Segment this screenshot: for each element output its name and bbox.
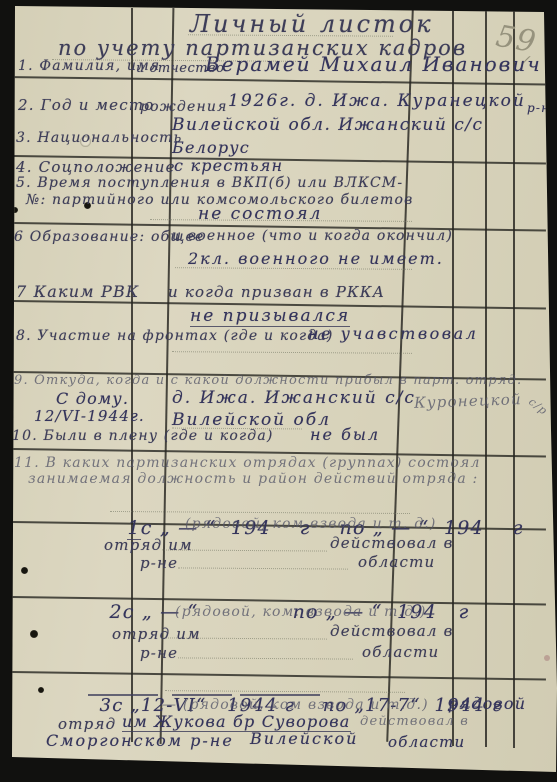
field1-value: Верамей Михаил Иванович xyxy=(205,52,542,76)
entry2-number: 2 xyxy=(109,601,122,623)
scanned-document: Личный листок по учету партизанских кадр… xyxy=(0,0,557,782)
field9-value-date: 12/VI-1944г. xyxy=(34,407,145,425)
field3-label: 3. Национальность xyxy=(16,130,182,146)
field2-value-line1: 1926г. д. Ижа. Куранецкой xyxy=(228,91,526,111)
field9-value-district2: с/р xyxy=(526,395,550,418)
writing-guide xyxy=(178,657,353,659)
entry2-otryad-label: отряд им xyxy=(112,625,201,643)
writing-guide xyxy=(178,567,348,569)
paper-sheet: Личный листок по учету партизанских кадр… xyxy=(0,0,557,782)
entry2-acted-label: действовал в xyxy=(330,622,454,640)
field7-label-cont: и когда призван в РККА xyxy=(168,283,385,301)
entry3-oblast-value2: области xyxy=(388,733,465,751)
entry3-acted-label: действовал в xyxy=(360,714,469,729)
field2-value-line2: Вилейской обл. Ижанский с/с xyxy=(172,115,484,135)
field9-value-district: Куронецкой xyxy=(414,390,522,412)
field2-value-line1b: р-н xyxy=(527,101,550,115)
entry3-rank-hint: — (рядовой, ком взвода и т.д.) xyxy=(162,697,429,713)
field11-label-line1: 11. В каких партизанских отрядах (группа… xyxy=(14,455,481,471)
field5-label-line1: 5. Время поступления в ВКП(б) или ВЛКСМ- xyxy=(16,175,403,191)
entry3-rayon-value: Сморгонском р-не xyxy=(46,731,234,750)
field5-value: не состоял xyxy=(198,204,322,224)
document-title-line1: Личный листок xyxy=(190,10,434,38)
entry3-number: 3 xyxy=(100,695,113,716)
field10-value: не был xyxy=(310,425,380,444)
writing-guide xyxy=(172,351,412,354)
field6-value: 2кл. военного не имеет. xyxy=(188,249,444,268)
field2-label: 2. Год и место xyxy=(18,96,155,114)
field9-value-place: д. Ижа. Ижанский с/с xyxy=(172,388,416,408)
entry2-oblast-label: области xyxy=(362,643,439,661)
entry3-oblast-value: Вилейской xyxy=(250,729,358,748)
entry1-otryad-label: отряд им xyxy=(104,536,193,554)
entry3-rank-value: рядовой xyxy=(448,694,526,713)
field9-value-oblast: Вилейской обл xyxy=(172,410,331,430)
field7-label: 7 Каким РВК xyxy=(16,282,140,301)
field10-label: 10. Были в плену (где и когда) xyxy=(12,428,274,444)
field9-label: 9. Откуда, когда и с какой должности при… xyxy=(14,373,522,388)
field8-value: не учавствовал xyxy=(308,324,478,343)
entry1-acted-label: действовал в xyxy=(330,534,454,552)
field2-label-cont: рождения xyxy=(140,99,228,115)
entry2-rank-hint: (рядовой, ком. взвода и т.д.) xyxy=(175,604,427,620)
entry2-rayon-label: р-не xyxy=(140,644,178,662)
field8-label: 8. Участие на фронтах (где и когда) xyxy=(16,328,334,344)
paper-hole xyxy=(12,207,18,213)
stain xyxy=(544,655,550,661)
field3-value: Белорус xyxy=(172,138,250,157)
entry1-oblast-label: области xyxy=(358,553,435,571)
field11-label-line2: занимаемая должность и район действий от… xyxy=(28,471,478,487)
field9-value-from: С дому. xyxy=(56,389,129,408)
entry1-rank-hint: (рядовой, ком взвода и т. д.) xyxy=(185,516,437,532)
entry1-rayon-label: р-не xyxy=(140,554,178,572)
paper-hole xyxy=(21,567,28,574)
table-hline xyxy=(10,76,546,85)
field6-label-cont: и военное (что и когда окончил) xyxy=(172,228,453,244)
field4-value: с крестьян xyxy=(174,156,283,175)
field4-label: 4. Соцположение xyxy=(16,158,176,176)
paper-hole xyxy=(38,687,44,693)
paper-hole xyxy=(30,630,38,638)
